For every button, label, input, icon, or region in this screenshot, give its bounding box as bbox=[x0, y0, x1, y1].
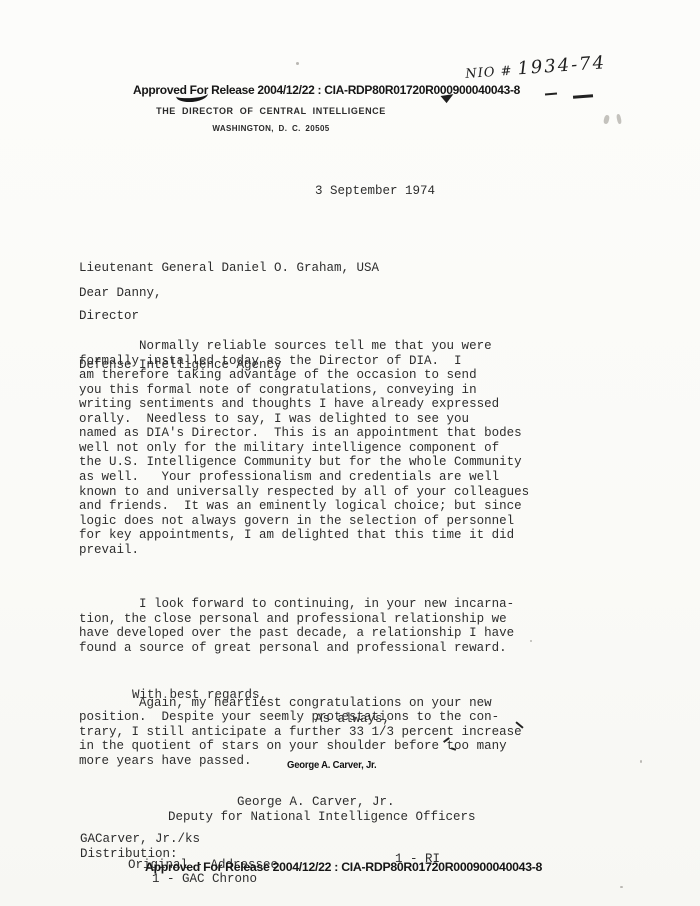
pen-mark-dash bbox=[573, 94, 593, 98]
signature-stamp: George A. Carver, Jr. bbox=[287, 760, 376, 772]
pen-mark-dash bbox=[545, 92, 557, 95]
letterhead-title: THE DIRECTOR OF CENTRAL INTELLIGENCE bbox=[85, 106, 457, 116]
scan-smudge bbox=[603, 115, 610, 125]
distribution-line-chrono: 1 - GAC Chrono bbox=[152, 872, 257, 887]
nio-number: 1934-74 bbox=[517, 52, 607, 79]
scan-speck bbox=[96, 418, 98, 420]
nio-label: NIO # bbox=[465, 64, 513, 82]
scan-smudge bbox=[616, 114, 622, 125]
letter-date: 3 September 1974 bbox=[315, 184, 435, 199]
declassification-stamp-bottom: Approved For Release 2004/12/22 : CIA-RD… bbox=[145, 860, 542, 874]
signer-name: George A. Carver, Jr. bbox=[237, 795, 395, 810]
pen-mark-wedge bbox=[441, 94, 455, 104]
scan-speck bbox=[168, 268, 170, 270]
body-paragraph-1: Normally reliable sources tell me that y… bbox=[79, 339, 529, 557]
recipient-name: Lieutenant General Daniel O. Graham, USA bbox=[79, 260, 379, 276]
scan-speck bbox=[640, 760, 642, 763]
scan-speck bbox=[620, 886, 623, 888]
scan-speck bbox=[296, 62, 299, 65]
handwritten-nio-annotation: NIO # 1934-74 bbox=[465, 52, 607, 83]
letter-body: Normally reliable sources tell me that y… bbox=[79, 310, 529, 809]
pen-mark-underline bbox=[176, 87, 208, 102]
body-paragraph-2: I look forward to continuing, in your ne… bbox=[79, 597, 529, 655]
salutation: Dear Danny, bbox=[79, 286, 162, 301]
valediction: As always, bbox=[315, 712, 390, 727]
closing-line: With best regards, bbox=[132, 688, 267, 703]
scan-speck bbox=[530, 640, 532, 642]
body-paragraph-3: Again, my heartiest congratulations on y… bbox=[79, 696, 529, 769]
typist-reference: GACarver, Jr./ks bbox=[80, 832, 200, 847]
scanned-letter-page: Approved For Release 2004/12/22 : CIA-RD… bbox=[0, 0, 700, 906]
letterhead-address: WASHINGTON, D. C. 20505 bbox=[85, 124, 457, 133]
signer-title: Deputy for National Intelligence Officer… bbox=[168, 810, 476, 825]
